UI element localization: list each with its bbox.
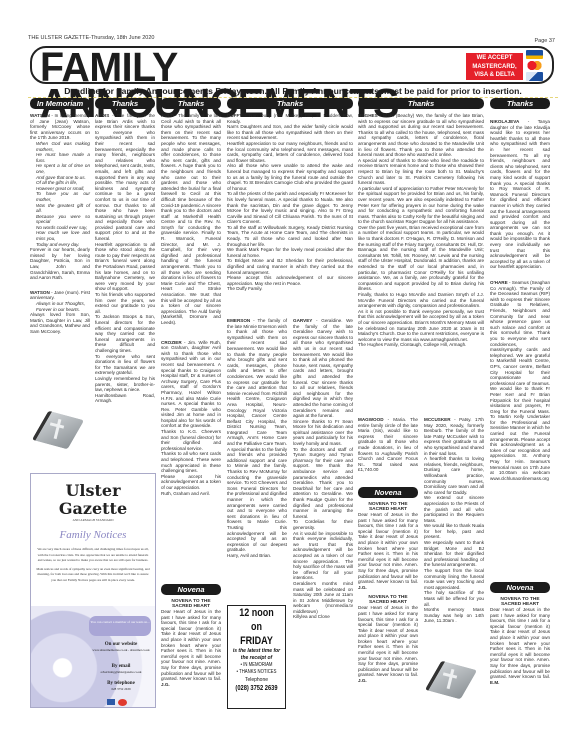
notice-text: Always loved from Son, Martin, Daughter … (30, 312, 90, 334)
notice-text: To Bridget Mone and BJ Sheridan for thei… (227, 258, 353, 275)
notice-text: A special word of thanks to those who li… (358, 158, 484, 186)
notice-text: To everyone who sent donations in lieu o… (95, 354, 155, 376)
notice-text: - The family of the late Brian Ardis wis… (95, 113, 155, 241)
novena-text: Dear Heart of Jesus in the past I have a… (161, 609, 221, 681)
payment-logos (107, 699, 127, 706)
header-thanks: Thanks (490, 98, 550, 109)
column-thanks-right: NIKOLAJEVA - Tanya daughter of the late … (490, 115, 550, 481)
page-number: Page 37 (535, 38, 556, 44)
notice-text: Months memory Mass Sunday was help on 14… (424, 607, 484, 624)
notice-text: A heartfelt thanks to loving relatives, … (424, 456, 484, 495)
notice-magwood: MAGWOOD - Maria. The entire family circl… (358, 417, 418, 473)
notice-name: EMERSON (227, 318, 250, 323)
novena-signature: J.G. (161, 682, 170, 687)
notice-name: O'HARE (490, 280, 508, 285)
notice-name: MCCUSKER (424, 417, 451, 422)
ad-paragraph: Main notices and words of sympathy now c… (31, 567, 155, 584)
notice-text: Killylea and Clone (293, 614, 353, 620)
novena-notice: NOVENA TO THE SACRED HEART Dear Heart of… (490, 597, 550, 685)
notice-name: GARVEY (293, 318, 312, 323)
poem-line: Was the greatest gift of all. (30, 203, 90, 214)
card-logos (526, 50, 544, 83)
notice-garvey: GARVEY - Geraldine. We the family of the… (293, 318, 353, 620)
novena-title: NOVENA TO THE SACRED HEART (161, 599, 221, 609)
ad-heading: Family Notices (31, 529, 155, 541)
novena-notice: NOVENA TO THE SACRED HEART Dear Heart of… (161, 599, 221, 687)
notice-text: To the doctors and staff of Tynan Surger… (293, 447, 353, 520)
notice-text: A particular word of appreciation to Fat… (358, 186, 484, 225)
novena-text: Dear Heart of Jesus in the past I have a… (358, 605, 418, 677)
header-thanks: Thanks (95, 98, 155, 109)
ad-item: • THANKS NOTICES (232, 669, 280, 676)
ad-line: is the latest time for (228, 648, 285, 655)
notice-text: - Tanya daughter of the late Klavdija wo… (490, 119, 550, 269)
notice-text: - Nan Duffy (nee Markey) RIP, 35 Madden … (227, 113, 353, 124)
notice-text: Harry, Avril and Brian. (227, 553, 287, 559)
notice-text: The Hughes Family, Clontaugh, College Hi… (358, 342, 484, 348)
novena-signature: E.M. (490, 680, 499, 685)
ad-line: the receipt of (228, 655, 285, 662)
delta-icon (526, 72, 543, 81)
family-notices-ad: Ulster Gazette AND ARMAGH STANDARD Famil… (30, 473, 156, 708)
ad-line: 12 noon on (233, 606, 280, 634)
publication-date: THE ULSTER GAZETTE-Thursday, 18th June 2… (28, 35, 154, 41)
notice-text: Finally, thanks to Hugo McArdle and Dami… (358, 292, 484, 309)
notice-text: - Brian (Beachy) We, the family of the l… (358, 113, 484, 157)
novena-title: NOVENA TO THE SACRED HEART (358, 595, 418, 605)
notice-name: DUFFY (227, 113, 242, 118)
poem-line: To have you as our mother, (30, 191, 90, 202)
notice-text: To his friends who supported him over th… (95, 292, 155, 314)
notice-text: - The family of the late Minnie Emerson … (227, 318, 287, 552)
notice-emerson: EMERSON - The family of the late Minnie … (227, 318, 287, 559)
header-novena: Novena (358, 487, 418, 498)
visa-icon (107, 699, 115, 705)
mastercard-icon (118, 699, 127, 706)
deadline-notice: Deadline for Family Announcements Friday… (28, 86, 558, 96)
header-in-memoriam: In Memoriam (30, 98, 90, 109)
notice-name: WATSON (30, 290, 50, 295)
contact-value[interactable]: www.ulstermemories.co.uk - ulstermet.co.… (87, 648, 155, 652)
notice-text: To Jackson Stoops & Son, funeral directo… (95, 314, 155, 353)
notice-text: We would like to thank Nuala for her hel… (424, 523, 484, 540)
notice-text: As it would be impossible to thank every… (293, 531, 353, 581)
notice-name: WATSON (30, 113, 50, 118)
ad-phone: (028) 3752 2639 (233, 684, 280, 693)
notice-hughes: HUGHES - Brian (Beachy) We, the family o… (358, 113, 484, 348)
mastercard-icon (526, 61, 543, 70)
notice-text: Over the past five years, Brian received… (358, 225, 484, 292)
notice-watson: WATSON - Jane (mum). First anniversary. … (30, 290, 90, 335)
notice-text: To Cordelias for their generosity. (293, 519, 353, 530)
notice-text: The Duffy Family. (227, 286, 353, 292)
logo-subtitle: AND ARMAGH STANDARD (31, 518, 155, 522)
header-thanks: Thanks (227, 98, 353, 109)
notice-text: To all the staff at Willowbank Surgery, … (227, 225, 353, 247)
header-thanks: Thanks (358, 98, 484, 109)
column-thanks-ardis: ARDIS - The family of the late Brian Ard… (95, 113, 155, 404)
notice-text: We extend our sincere appreciation to th… (424, 495, 484, 523)
contact-website: On our website www.ulstermemories.co.uk … (87, 642, 155, 652)
contact-bubble: You can contact a member of our team on.… (89, 616, 151, 636)
accept-line: MASTERCARD, (466, 63, 523, 72)
notice-text: - Geraldine. We the family of the late G… (293, 318, 353, 418)
novena-title: NOVENA TO THE SACRED HEART (490, 597, 550, 607)
notice-mccusker: MCCUSKER - Patsy. 17th May 2020, Keady, … (424, 417, 484, 624)
notice-text: As it is not possible to thank everyone … (358, 309, 484, 343)
notice-name: AULD (161, 113, 174, 118)
notice-duffy: DUFFY - Nan Duffy (nee Markey) RIP, 35 M… (227, 113, 353, 292)
deadline-ad: 12 noon on FRIDAY is the latest time for… (227, 605, 286, 709)
section-title: FAMILY ANNOUNCEMENTS (40, 49, 532, 121)
novena-signature: J.G. (358, 585, 367, 590)
contact-value: 028 3752 2639 (87, 687, 155, 691)
newspaper-logo: Ulster Gazette (31, 482, 155, 518)
notice-text: Ruth, Graham and Avril. (161, 491, 221, 497)
notice-text: Geraldine's months mind mass will be cel… (293, 581, 353, 615)
notice-text: To all the priests of the parish and esp… (227, 191, 353, 225)
accept-line: VISA & DELTA (466, 71, 523, 80)
notice-text: Lovingly remembered by his parents, sist… (95, 376, 155, 393)
notice-text: Thanks to all who sent cards and telepho… (161, 451, 221, 473)
notice-text: Hamiltonsbawn Road, Armagh. (95, 393, 155, 404)
header-novena: Novena (161, 584, 221, 595)
contact-value[interactable]: advertising@ulstergazette.co.uk (87, 670, 155, 674)
header-thanks: Thanks (161, 98, 221, 109)
novena-text: Dear Heart of Jesus in the past I have a… (358, 512, 418, 584)
poem-line: He must have made a fuss. (30, 152, 90, 163)
notice-text: Heartfelt appreciation to all those who … (95, 242, 155, 292)
notice-text: Forever in our hearts, dearly missed by … (30, 247, 90, 281)
payment-accept-badge: WE ACCEPT MASTERCARD, VISA & DELTA (466, 53, 523, 80)
notice-text: We thank Mark Fegan for the lovely meal … (227, 247, 353, 258)
notice-text: - Maria. The entire family circle of the… (358, 417, 418, 472)
ad-paragraph: We are very much aware of these difficul… (31, 547, 155, 564)
novena-text: Dear Heart of Jesus in the past I have a… (490, 607, 550, 679)
notice-name: MAGWOOD (358, 417, 384, 422)
notice-text: Sincere thanks to Fr Sean Moore for his … (293, 419, 353, 447)
notice-text: Please accept his acknowledgement as a t… (161, 474, 221, 491)
notice-text: Heartfelt appreciation to our many neigh… (227, 141, 353, 163)
notice-text: - Seamus (Seaghan Co Armagh). The Family… (490, 280, 550, 481)
section-banner: FAMILY ANNOUNCEMENTS WE ACCEPT MASTERCAR… (30, 46, 554, 84)
bible-icon (32, 412, 82, 452)
poem-line: When God was making mothers, (30, 141, 90, 152)
ad-item: • IN MEMORIAM (232, 662, 280, 669)
contact-email: By email advertising@ulstergazette.co.uk (87, 664, 155, 674)
notice-name: NIKOLAJEVA (490, 119, 519, 124)
contact-telephone: By telephone 028 3752 2639 (87, 681, 155, 691)
notice-text: - The family of the late Cecil Auld wish… (161, 113, 221, 325)
notice-text: Thanks to K.G. Cheevers and Son (funeral… (161, 429, 221, 451)
accept-line: WE ACCEPT (466, 54, 523, 63)
novena-title: NOVENA TO THE SACRED HEART (358, 502, 418, 512)
notice-name: ARDIS (95, 113, 109, 118)
masthead: THE ULSTER GAZETTE-Thursday, 18th June 2… (28, 35, 555, 41)
notice-text: The holy sacrifice of the Mass will be o… (424, 590, 484, 607)
novena-signature: J.G. (358, 678, 367, 683)
visa-icon (526, 50, 543, 59)
ad-line: FRIDAY (233, 634, 280, 648)
notice-text: Nan's Daughters and Son, and the wider f… (227, 124, 353, 141)
poem-line: Always in our Thoughts, (30, 301, 90, 307)
header-novena: Novena (490, 582, 550, 593)
notice-text: Also all those who were unable to attend… (227, 163, 353, 191)
notice-name: CROZIER (161, 340, 182, 345)
notice-text: - Jim. Wife Ruth, son Graham, daughter A… (161, 340, 221, 429)
notice-name: HUGHES (358, 113, 378, 118)
notice-text: - Patsy. 17th May 2020, Keady, formerly … (424, 417, 484, 456)
novena-notice: NOVENA TO THE SACRED HEART Dear Heart of… (358, 502, 418, 684)
poem-line: How much we love and miss you, (30, 230, 90, 241)
notice-text: The support from the local community lin… (424, 568, 484, 590)
notice-watson: WATSON - In loving memory of Jane (Jean)… (30, 113, 90, 281)
column-in-memoriam: WATSON - In loving memory of Jane (Jean)… (30, 113, 90, 335)
bible-icon (425, 662, 475, 702)
notice-text: We especially want to thank Bridget Mone… (424, 540, 484, 568)
poem-line: Because you were so special (30, 214, 90, 225)
poem-line: He spent a lot of time on one, (30, 163, 90, 174)
ad-line: Telephone (228, 676, 285, 684)
column-thanks-auld: AULD - The family of the late Cecil Auld… (161, 113, 221, 496)
notice-text: Please accept this acknowledgement of ou… (227, 275, 353, 286)
